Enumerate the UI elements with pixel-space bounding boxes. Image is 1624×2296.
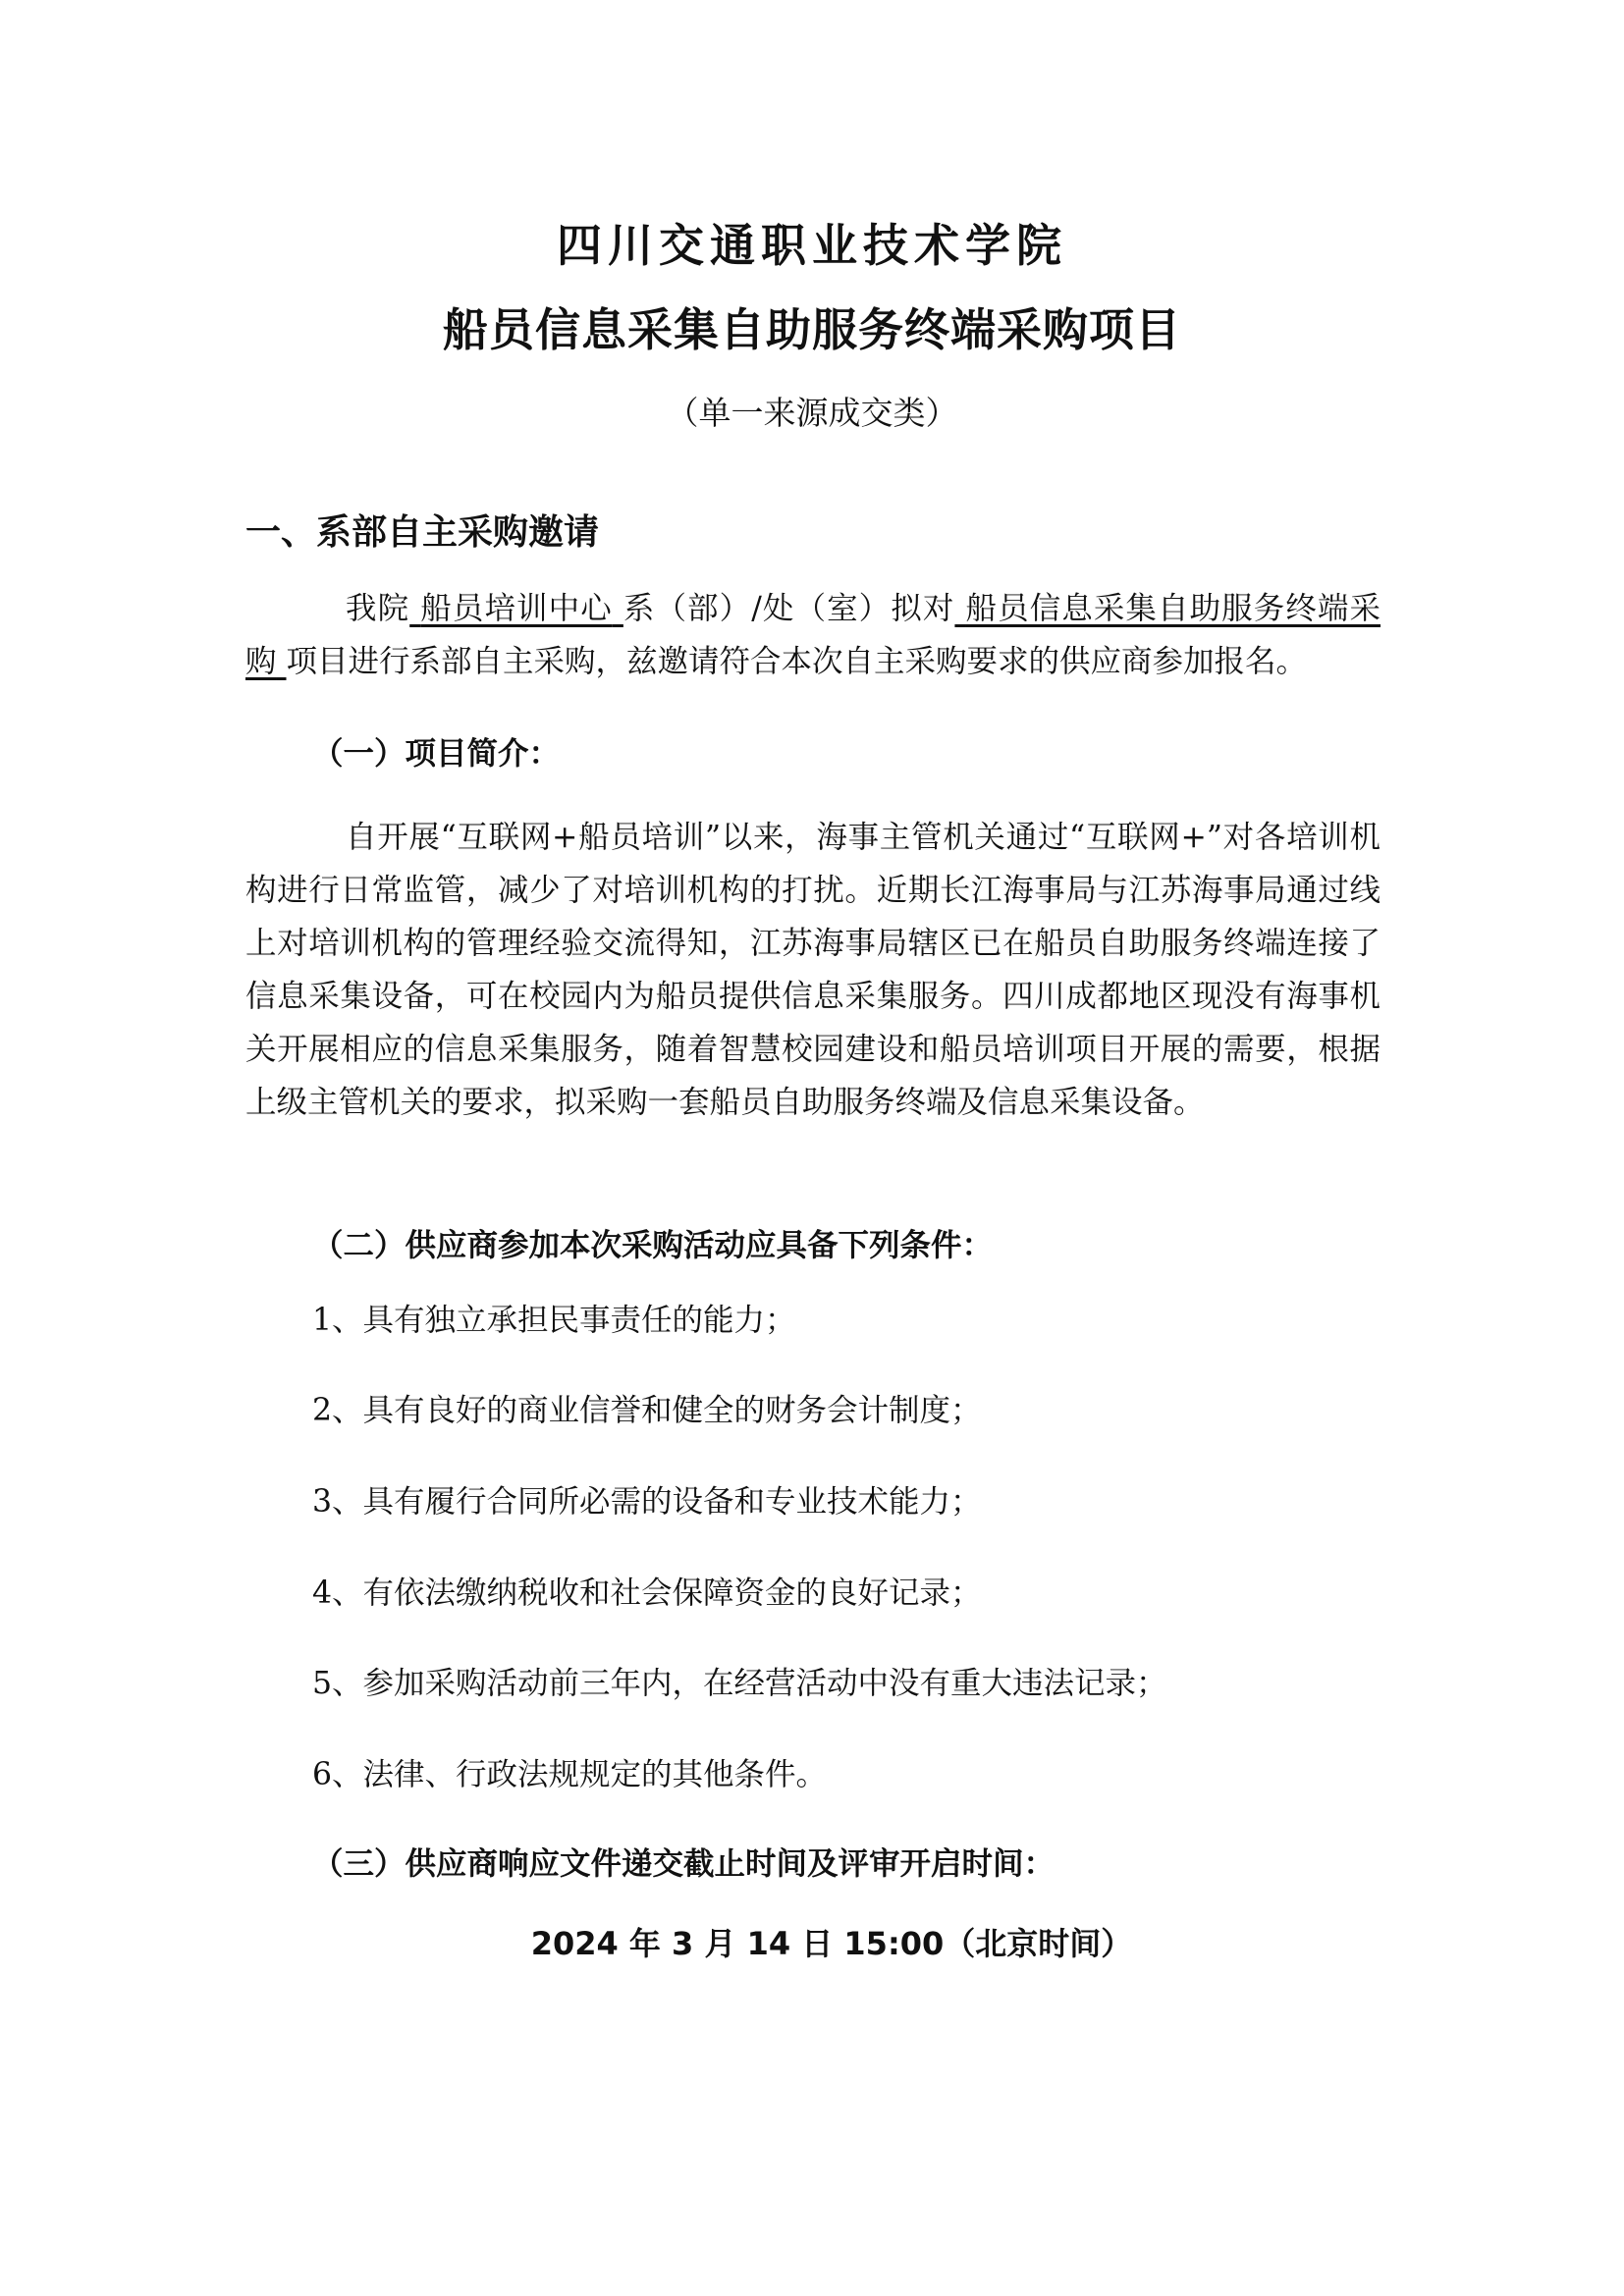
condition-item: 3、具有履行合同所必需的设备和专业技术能力； bbox=[312, 1477, 982, 1522]
condition-item: 4、有依法缴纳税收和社会保障资金的良好记录； bbox=[312, 1569, 982, 1613]
project-title: 船员信息采集自助服务终端采购项目 bbox=[0, 294, 1624, 359]
conditions-heading: （二）供应商参加本次采购活动应具备下列条件： bbox=[312, 1221, 993, 1265]
invitation-prefix: 我院 bbox=[346, 591, 409, 626]
department-name: 船员培训中心 bbox=[409, 591, 623, 626]
deadline-heading: （三）供应商响应文件递交截止时间及评审开启时间： bbox=[312, 1840, 1055, 1884]
invitation-suffix: 项目进行系部自主采购，兹邀请符合本次自主采购要求的供应商参加报名。 bbox=[287, 644, 1308, 679]
institution-title: 四川交通职业技术学院 bbox=[0, 210, 1624, 275]
condition-item: 5、参加采购活动前三年内，在经营活动中没有重大违法记录； bbox=[312, 1659, 1167, 1703]
section-heading: 一、系部自主采购邀请 bbox=[245, 505, 599, 555]
condition-item: 2、具有良好的商业信誉和健全的财务会计制度； bbox=[312, 1386, 982, 1430]
document-page: 四川交通职业技术学院 船员信息采集自助服务终端采购项目 （单一来源成交类） 一、… bbox=[0, 0, 1624, 2296]
intro-paragraph: 自开展“互联网+船员培训”以来，海事主管机关通过“互联网+”对各培训机构进行日常… bbox=[245, 811, 1380, 1129]
deadline-datetime: 2024 年 3 月 14 日 15:00（北京时间） bbox=[0, 1919, 1624, 1964]
procurement-category: （单一来源成交类） bbox=[0, 388, 1624, 434]
invitation-paragraph: 我院 船员培训中心 系（部）/处（室）拟对 船员信息采集自助服务终端采购 项目进… bbox=[245, 582, 1380, 688]
intro-heading: （一）项目简介： bbox=[312, 729, 560, 774]
condition-item: 1、具有独立承担民事责任的能力； bbox=[312, 1296, 796, 1340]
invitation-middle: 系（部）/处（室）拟对 bbox=[623, 591, 955, 626]
condition-item: 6、法律、行政法规规定的其他条件。 bbox=[312, 1750, 827, 1794]
